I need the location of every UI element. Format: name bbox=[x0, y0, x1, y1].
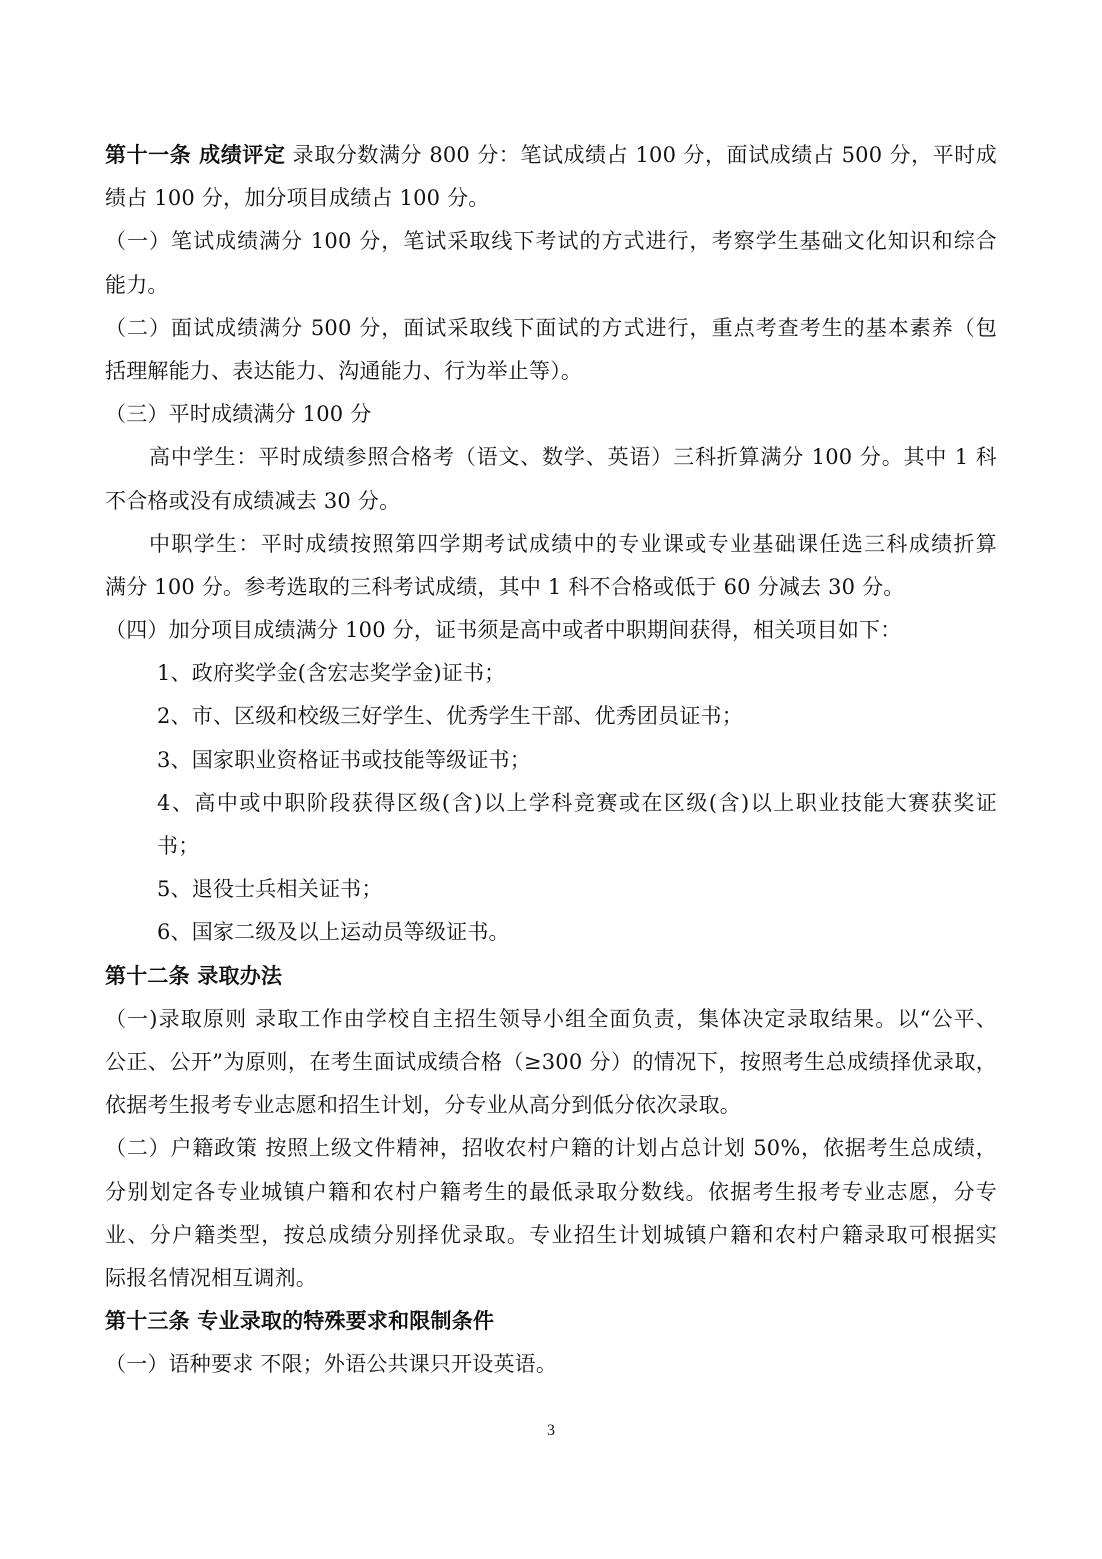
article12-title: 第十二条 录取办法 bbox=[105, 955, 997, 998]
bonus-item-3: 3、国家职业资格证书或技能等级证书； bbox=[105, 739, 997, 782]
article13-title: 第十三条 专业录取的特殊要求和限制条件 bbox=[105, 1300, 997, 1343]
vocational-line2: 满分 100 分。参考选取的三科考试成绩，其中 1 科不合格或低于 60 分减去… bbox=[105, 566, 997, 609]
bonus-item-2: 2、市、区级和校级三好学生、优秀学生干部、优秀团员证书； bbox=[105, 695, 997, 738]
usual-score-title: （三）平时成绩满分 100 分 bbox=[105, 393, 997, 436]
bonus-item-4: 4、高中或中职阶段获得区级(含)以上学科竞赛或在区级(含)以上职业技能大赛获奖证 bbox=[105, 782, 997, 825]
written-score-line1: （一）笔试成绩满分 100 分，笔试采取线下考试的方式进行，考察学生基础文化知识… bbox=[105, 220, 997, 263]
bonus-item-1: 1、政府奖学金(含宏志奖学金)证书； bbox=[105, 652, 997, 695]
hukou-line3: 业、分户籍类型，按总成绩分别择优录取。专业招生计划城镇户籍和农村户籍录取可根据实 bbox=[105, 1214, 997, 1257]
article11-intro-line2: 绩占 100 分，加分项目成绩占 100 分。 bbox=[105, 177, 997, 220]
language-line1: （一）语种要求 不限；外语公共课只开设英语。 bbox=[105, 1343, 997, 1386]
principle-line2: 公正、公开”为原则，在考生面试成绩合格（≥300 分）的情况下，按照考生总成绩择… bbox=[105, 1041, 997, 1084]
principle-line3: 依据考生报考专业志愿和招生计划，分专业从高分到低分依次录取。 bbox=[105, 1084, 997, 1127]
bonus-item-6: 6、国家二级及以上运动员等级证书。 bbox=[105, 911, 997, 954]
bonus-item-5: 5、退役士兵相关证书； bbox=[105, 868, 997, 911]
hukou-line1: （二）户籍政策 按照上级文件精神，招收农村户籍的计划占总计划 50%，依据考生总… bbox=[105, 1127, 997, 1170]
bonus-title: （四）加分项目成绩满分 100 分，证书须是高中或者中职期间获得，相关项目如下： bbox=[105, 609, 997, 652]
article11-line1: 第十一条 成绩评定 录取分数满分 800 分：笔试成绩占 100 分，面试成绩占… bbox=[105, 134, 997, 177]
highschool-line1: 高中学生：平时成绩参照合格考（语文、数学、英语）三科折算满分 100 分。其中 … bbox=[105, 436, 997, 479]
interview-score-line2: 括理解能力、表达能力、沟通能力、行为举止等）。 bbox=[105, 350, 997, 393]
article11-title: 第十一条 成绩评定 bbox=[105, 143, 285, 167]
principle-line1: （一)录取原则 录取工作由学校自主招生领导小组全面负责，集体决定录取结果。以“公… bbox=[105, 998, 997, 1041]
article11-intro: 录取分数满分 800 分：笔试成绩占 100 分，面试成绩占 500 分，平时成 bbox=[293, 143, 997, 167]
interview-score-line1: （二）面试成绩满分 500 分，面试采取线下面试的方式进行，重点考查考生的基本素… bbox=[105, 307, 997, 350]
hukou-line4: 际报名情况相互调剂。 bbox=[105, 1257, 997, 1300]
highschool-line2: 不合格或没有成绩减去 30 分。 bbox=[105, 480, 997, 523]
document-page: 第十一条 成绩评定 录取分数满分 800 分：笔试成绩占 100 分，面试成绩占… bbox=[105, 134, 997, 1386]
written-score-line2: 能力。 bbox=[105, 264, 997, 307]
bonus-item-4-cont: 书； bbox=[105, 825, 997, 868]
page-number: 3 bbox=[0, 1422, 1102, 1440]
hukou-line2: 分别划定各专业城镇户籍和农村户籍考生的最低录取分数线。依据考生报考专业志愿，分专 bbox=[105, 1171, 997, 1214]
vocational-line1: 中职学生：平时成绩按照第四学期考试成绩中的专业课或专业基础课任选三科成绩折算 bbox=[105, 523, 997, 566]
